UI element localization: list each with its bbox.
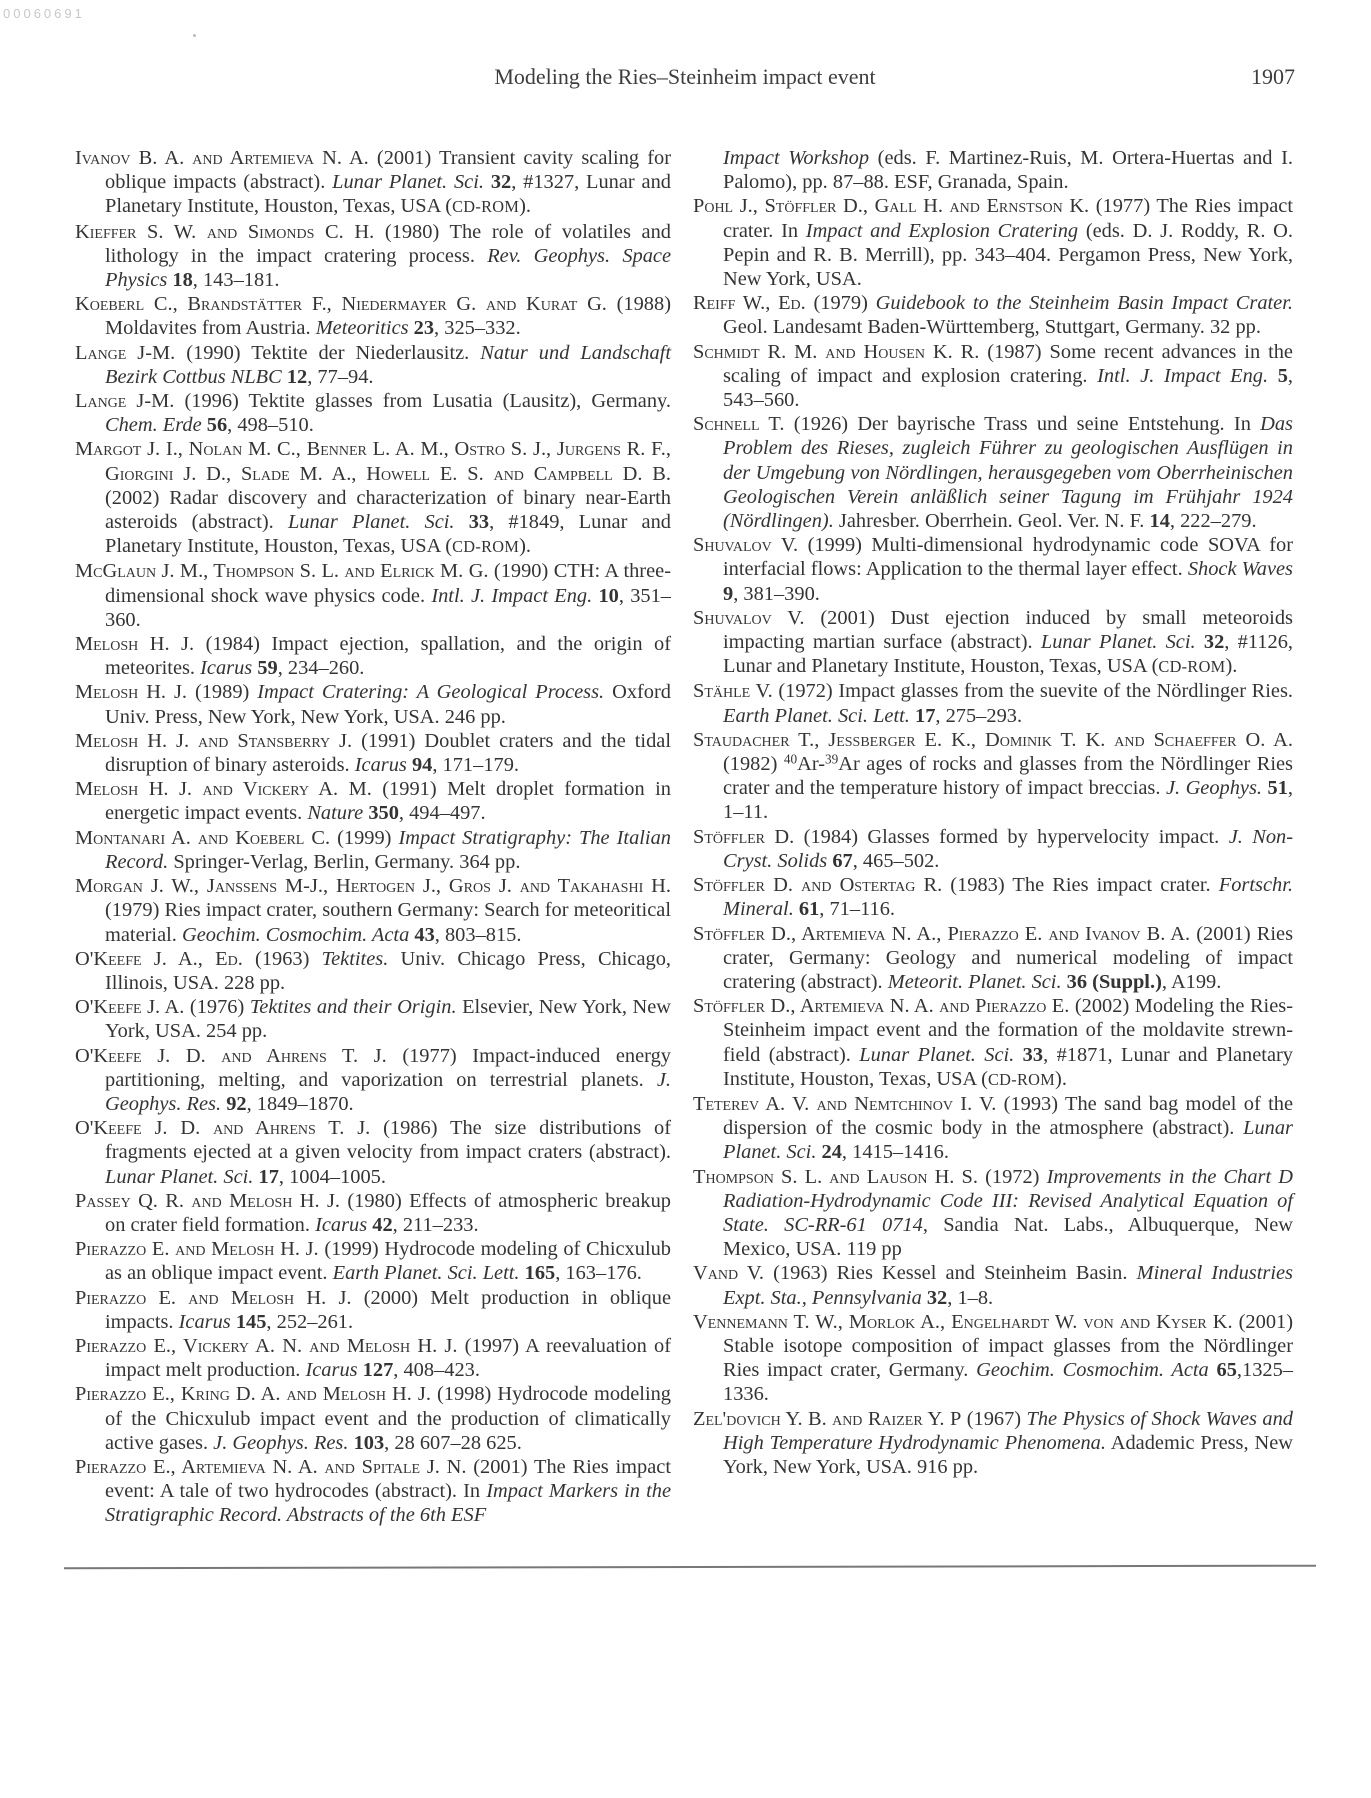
author-names: Pierazzo E. and Melosh H. J. [75,1238,319,1260]
volume-number: 59 [257,657,277,679]
volume-number: 67 [832,850,852,872]
work-title: Intl. J. Impact Eng. [431,585,598,607]
work-title: Tektites. [322,948,389,970]
work-title: Lunar Planet. Sci. [1041,631,1204,653]
author-names: Pohl J., Stöffler D., Gall H. and Ernsts… [693,195,1089,217]
ref-text: ). [519,535,531,557]
ref-text: , 171–179. [432,754,519,776]
work-title: J. Geophys. Res. [213,1432,353,1454]
work-title: Lunar Planet. Sci. [105,1166,259,1188]
volume-number: 33 [469,511,489,533]
author-names: Stöffler D. [693,826,794,848]
running-title: Modeling the Ries–Steinheim impact event [75,64,1295,90]
ref-text: , 1849–1870. [247,1093,354,1115]
work-title: Guidebook to the Steinheim Basin Impact … [876,292,1293,314]
reference-list: Ivanov B. A. and Artemieva N. A. (2001) … [75,146,1293,1528]
reference-entry: Shuvalov V. (1999) Multi-dimensional hyd… [693,533,1293,606]
scan-number: 00060691 [3,6,85,21]
author-names: Reiff W., Ed. [693,292,806,314]
reference-entry: Schnell T. (1926) Der bayrische Trass un… [693,412,1293,533]
ref-text: (1976) [184,996,249,1018]
ref-text: (1963) [243,948,322,970]
volume-number: 350 [368,802,399,824]
author-names: Kieffer S. W. and Simonds C. H. [75,221,374,243]
running-head: Modeling the Ries–Steinheim impact event… [75,64,1295,90]
volume-number: 32 [1204,631,1224,653]
reference-entry: Montanari A. and Koeberl C. (1999) Impac… [75,826,671,874]
work-title: Chem. Erde [105,414,207,436]
ref-text: Ar- [797,753,825,775]
reference-entry: Pierazzo E., Vickery A. N. and Melosh H.… [75,1334,671,1382]
ref-text: ). [1225,655,1237,677]
ref-text: (1926) Der bayrische Trass und seine Ent… [784,413,1260,435]
ref-text: ). [1055,1068,1067,1090]
volume-number: 9 [723,583,733,605]
reference-entry: Staudacher T., Jessberger E. K., Dominik… [693,728,1293,825]
references-left-column: Ivanov B. A. and Artemieva N. A. (2001) … [75,146,671,1528]
reference-entry: Koeberl C., Brandstätter F., Niedermayer… [75,292,671,340]
ref-text: , 211–233. [393,1214,479,1236]
author-names: Schnell T. [693,413,784,435]
volume-number: 10 [598,585,618,607]
ref-text: , 1004–1005. [279,1166,386,1188]
author-names: Pierazzo E. and Melosh H. J. [75,1287,351,1309]
author-names: Stöffler D., Artemieva N. A., Pierazzo E… [693,923,1190,945]
ref-text: , 163–176. [555,1262,642,1284]
author-names: Pierazzo E., Artemieva N. A. and Spitale… [75,1456,466,1478]
volume-number: 127 [363,1359,394,1381]
work-title: Earth Planet. Sci. Lett. [723,705,915,727]
ref-text: , A199. [1162,971,1221,993]
ref-text: , 275–293. [935,705,1022,727]
work-title: Lunar Planet. Sci. [332,171,491,193]
reference-entry: Schmidt R. M. and Housen K. R. (1987) So… [693,340,1293,413]
author-names: Ivanov B. A. and Artemieva N. A. [75,147,369,169]
acronym: CD-ROM [452,537,519,556]
ref-text: (1972) Impact glasses from the suevite o… [773,680,1293,702]
reference-entry: Pohl J., Stöffler D., Gall H. and Ernsts… [693,194,1293,291]
reference-entry: Pierazzo E., Kring D. A. and Melosh H. J… [75,1382,671,1455]
footer-rule [64,1565,1316,1570]
author-names: Shuvalov V. [693,534,798,556]
reference-entry: Ivanov B. A. and Artemieva N. A. (2001) … [75,146,671,220]
author-names: Schmidt R. M. and Housen K. R. [693,341,979,363]
volume-number: 18 [172,269,192,291]
author-names: Vand V. [693,1262,764,1284]
reference-entry: Thompson S. L. and Lauson H. S. (1972) I… [693,1165,1293,1262]
work-title: Icarus [315,1214,372,1236]
work-title: Icarus [200,657,257,679]
volume-number: 165 [525,1262,556,1284]
work-title: Impact Cratering: A Geological Process. [257,681,604,703]
volume-number: 23 [414,317,434,339]
references-right-column: Impact Workshop (eds. F. Martinez-Ruis, … [693,146,1293,1528]
reference-entry: Shuvalov V. (2001) Dust ejection induced… [693,606,1293,680]
reference-entry: Zel'dovich Y. B. and Raizer Y. P (1967) … [693,1407,1293,1480]
author-names: Melosh H. J. [75,681,187,703]
work-title: J. Geophys. [1166,777,1268,799]
reference-entry: Margot J. I., Nolan M. C., Benner L. A. … [75,437,671,559]
ref-text: , 234–260. [278,657,365,679]
author-names: McGlaun J. M., Thompson S. L. and Elrick… [75,560,489,582]
volume-number: 56 [207,414,227,436]
volume-number: 17 [259,1166,279,1188]
ref-text: (1982) [723,753,784,775]
author-names: Lange J-M. [75,390,174,412]
ref-text: , 77–94. [307,366,373,388]
work-title: Impact Workshop [723,147,869,169]
author-names: Thompson S. L. and Lauson H. S. [693,1166,978,1188]
work-title: Tektites and their Origin. [250,996,457,1018]
work-title: Icarus [355,754,412,776]
author-names: Stähle V. [693,680,773,702]
reference-entry: Stöffler D., Artemieva N. A. and Pierazz… [693,994,1293,1092]
volume-number: 12 [287,366,307,388]
reference-entry: Stähle V. (1972) Impact glasses from the… [693,679,1293,727]
ref-text: , 325–332. [434,317,521,339]
author-names: Shuvalov V. [693,607,804,629]
ref-text: (1967) [961,1408,1026,1430]
author-names: Koeberl C., Brandstätter F., Niedermayer… [75,293,607,315]
author-names: Pierazzo E., Vickery A. N. and Melosh H.… [75,1335,457,1357]
reference-entry: Stöffler D. (1984) Glasses formed by hyp… [693,825,1293,873]
author-names: Zel'dovich Y. B. and Raizer Y. P [693,1408,961,1430]
ref-text: , 465–502. [853,850,940,872]
ref-text: , 381–390. [733,583,820,605]
work-title: Geochim. Cosmochim. Acta [182,924,414,946]
reference-entry: O'Keefe J. D. and Ahrens T. J. (1977) Im… [75,1044,671,1117]
author-names: Melosh H. J. and Vickery A. M. [75,778,372,800]
work-title: Shock Waves [1188,558,1293,580]
reference-entry: Reiff W., Ed. (1979) Guidebook to the St… [693,291,1293,339]
ref-text: (1990) Tektite der Niederlausitz. [175,342,480,364]
volume-number: 92 [226,1093,246,1115]
ref-text: , 143–181. [193,269,280,291]
reference-entry: Pierazzo E. and Melosh H. J. (1999) Hydr… [75,1237,671,1285]
reference-entry: Melosh H. J. and Vickery A. M. (1991) Me… [75,777,671,825]
ref-text: (1996) Tektite glasses from Lusatia (Lau… [174,390,671,412]
volume-number: 32 [927,1287,947,1309]
acronym: CD-ROM [1158,657,1225,676]
work-title: Geochim. Cosmochim. Acta [976,1359,1216,1381]
ref-text: , 1–8. [947,1287,993,1309]
work-title: Intl. J. Impact Eng. [1097,365,1278,387]
work-title: Lunar Planet. Sci. [859,1044,1022,1066]
author-names: Morgan J. W., Janssens M-J., Hertogen J.… [75,875,671,897]
ref-text: , 28 607–28 625. [384,1432,522,1454]
ref-text: Springer-Verlag, Berlin, Germany. 364 pp… [168,851,520,873]
volume-number: 65 [1217,1359,1237,1381]
author-names: Pierazzo E., Kring D. A. and Melosh H. J… [75,1383,431,1405]
volume-number: 145 [236,1311,267,1333]
volume-number: 61 [799,898,819,920]
author-names: Margot J. I., Nolan M. C., Benner L. A. … [75,438,671,484]
work-title: Meteorit. Planet. Sci. [888,971,1067,993]
author-names: Teterev A. V. and Nemtchinov I. V. [693,1093,996,1115]
author-names: O'Keefe J. D. and Ahrens T. J. [75,1117,370,1139]
volume-number: 32 [491,171,511,193]
author-names: Stöffler D. and Ostertag R. [693,874,942,896]
volume-number: 5 [1278,365,1288,387]
isotope-superscript: 40 [784,751,797,766]
volume-number: 42 [372,1214,392,1236]
work-title: Impact and Explosion Cratering [806,220,1078,242]
acronym: CD-ROM [988,1070,1055,1089]
ref-text: (1984) Glasses formed by hypervelocity i… [794,826,1228,848]
ref-text: , 252–261. [266,1311,353,1333]
ref-text: , 408–423. [393,1359,480,1381]
ref-text: (1999) [330,827,398,849]
ref-text: , 71–116. [819,898,895,920]
ref-text: (1983) The Ries impact crater. [942,874,1219,896]
author-names: Melosh H. J. [75,633,194,655]
ref-text: (1972) [978,1166,1047,1188]
work-title: Earth Planet. Sci. Lett. [333,1262,525,1284]
reference-continuation: Impact Workshop (eds. F. Martinez-Ruis, … [693,146,1293,194]
author-names: Stöffler D., Artemieva N. A. and Pierazz… [693,995,1069,1017]
reference-entry: Melosh H. J. and Stansberry J. (1991) Do… [75,729,671,777]
volume-number: 14 [1150,510,1170,532]
work-title: Nature [307,802,368,824]
reference-entry: Pierazzo E. and Melosh H. J. (2000) Melt… [75,1286,671,1334]
volume-number: 103 [354,1432,385,1454]
reference-entry: Vand V. (1963) Ries Kessel and Steinheim… [693,1261,1293,1309]
ref-text: (1979) [806,292,876,314]
reference-entry: Lange J-M. (1996) Tektite glasses from L… [75,389,671,437]
work-title: Icarus [179,1311,236,1333]
work-title: Meteoritics [316,317,414,339]
author-names: Montanari A. and Koeberl C. [75,827,330,849]
reference-entry: O'Keefe J. D. and Ahrens T. J. (1986) Th… [75,1116,671,1189]
ref-text: , 498–510. [227,414,314,436]
work-title: Lunar Planet. Sci. [288,511,469,533]
work-title: Icarus [305,1359,362,1381]
reference-entry: Lange J-M. (1990) Tektite der Niederlaus… [75,341,671,389]
reference-entry: O'Keefe J. A., Ed. (1963) Tektites. Univ… [75,947,671,995]
author-names: O'Keefe J. A. [75,996,184,1018]
ref-text: Geol. Landesamt Baden-Württemberg, Stutt… [723,316,1261,338]
page-number: 1907 [1251,64,1295,90]
volume-number: 51 [1268,777,1288,799]
ref-text: (1989) [187,681,257,703]
reference-entry: Stöffler D. and Ostertag R. (1983) The R… [693,873,1293,921]
scan-artifact-dot [193,34,196,37]
ref-text: , 1415–1416. [842,1141,949,1163]
author-names: O'Keefe J. A., Ed. [75,948,243,970]
volume-number: 24 [822,1141,842,1163]
author-names: Staudacher T., Jessberger E. K., Dominik… [693,729,1293,751]
reference-entry: Stöffler D., Artemieva N. A., Pierazzo E… [693,922,1293,995]
ref-text: Jahresber. Oberrhein. Geol. Ver. N. F. [834,510,1150,532]
reference-entry: Kieffer S. W. and Simonds C. H. (1980) T… [75,220,671,293]
volume-number: 17 [915,705,935,727]
author-names: Passey Q. R. and Melosh H. J. [75,1190,340,1212]
volume-number: 36 (Suppl.) [1067,971,1162,993]
reference-entry: McGlaun J. M., Thompson S. L. and Elrick… [75,559,671,632]
ref-text: (1963) Ries Kessel and Steinheim Basin. [764,1262,1137,1284]
ref-text: , 803–815. [435,924,522,946]
reference-entry: Passey Q. R. and Melosh H. J. (1980) Eff… [75,1189,671,1237]
ref-text: , 494–497. [399,802,486,824]
ref-text: , 222–279. [1170,510,1257,532]
reference-entry: Teterev A. V. and Nemtchinov I. V. (1993… [693,1092,1293,1165]
isotope-superscript: 39 [825,751,838,766]
volume-number: 43 [414,924,434,946]
reference-entry: Melosh H. J. (1984) Impact ejection, spa… [75,632,671,680]
author-names: Lange J-M. [75,342,175,364]
author-names: Melosh H. J. and Stansberry J. [75,730,352,752]
volume-number: 94 [412,754,432,776]
acronym: CD-ROM [452,197,519,216]
author-names: Vennemann T. W., Morlok A., Engelhardt W… [693,1311,1233,1333]
reference-entry: O'Keefe J. A. (1976) Tektites and their … [75,995,671,1043]
reference-entry: Morgan J. W., Janssens M-J., Hertogen J.… [75,874,671,947]
volume-number: 33 [1023,1044,1043,1066]
ref-text: ). [519,195,531,217]
reference-entry: Vennemann T. W., Morlok A., Engelhardt W… [693,1310,1293,1407]
reference-entry: Pierazzo E., Artemieva N. A. and Spitale… [75,1455,671,1528]
author-names: O'Keefe J. D. and Ahrens T. J. [75,1045,387,1067]
reference-entry: Melosh H. J. (1989) Impact Cratering: A … [75,680,671,728]
